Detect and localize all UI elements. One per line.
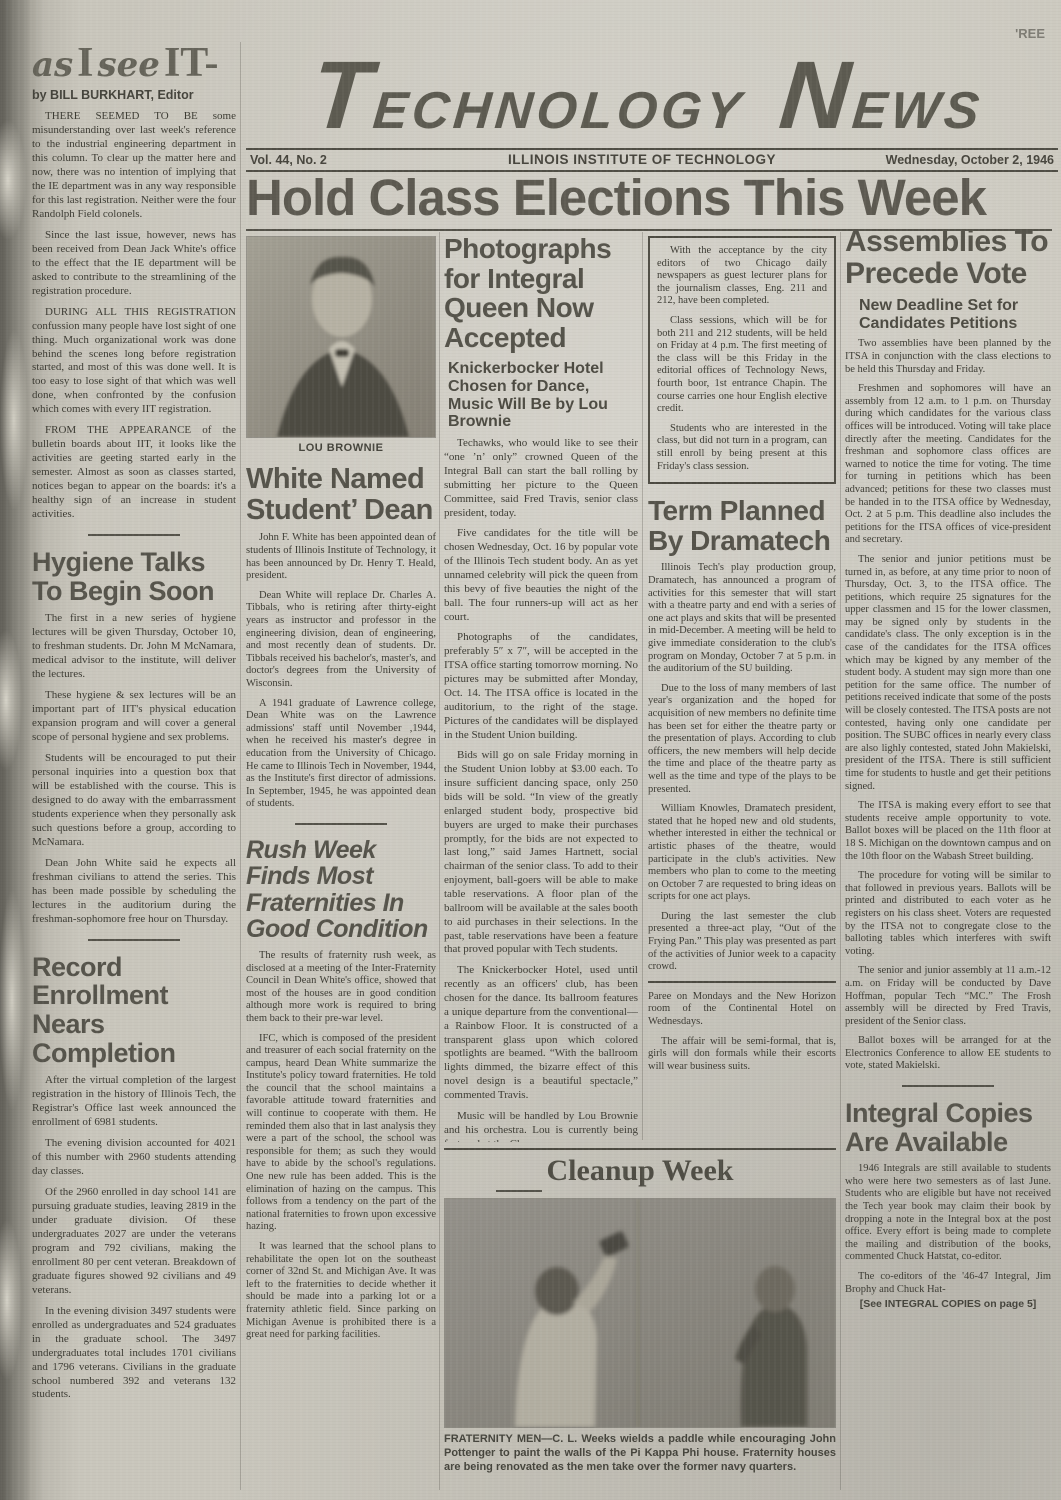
assemblies-body: Two assemblies have been planned by the …	[845, 338, 1051, 1073]
integral-queen-body: Techawks, who would like to see their “o…	[444, 437, 638, 1142]
paragraph: During the last semester the club presen…	[648, 911, 836, 974]
column-3: Photographs for Integral Queen Now Accep…	[444, 234, 638, 1142]
masthead: Technology News	[246, 50, 1050, 141]
paragraph: THERE SEEMED TO BE some misunderstanding…	[32, 110, 236, 222]
paragraph: The affair will be semi-formal, that is,…	[648, 1036, 836, 1074]
enrollment-body: After the virtual completion of the larg…	[32, 1074, 236, 1402]
assemblies-headline: Assemblies To Precede Vote	[845, 226, 1051, 290]
newspaper-title: Technology News	[242, 50, 1054, 141]
column-5: Assemblies To Precede Vote New Deadline …	[845, 226, 1051, 1492]
paragraph: Class sessions, which will be for both 2…	[657, 315, 827, 416]
paragraph: A 1941 graduate of Lawrence college, Dea…	[246, 698, 436, 811]
newspaper-page: 'REE Technology News Vol. 44, No. 2 ILLI…	[0, 0, 1061, 1500]
fraternity-men-photo	[444, 1198, 836, 1428]
lou-brownie-photo	[246, 236, 436, 438]
paragraph: DURING ALL THIS REGISTRATION confussion …	[32, 306, 236, 418]
paragraph: FROM THE APPEARANCE of the bulletin boar…	[32, 424, 236, 522]
paragraph: After the virtual completion of the larg…	[32, 1074, 236, 1130]
paragraph: Paree on Mondays and the New Horizon roo…	[648, 991, 836, 1029]
white-dean-headline: White Named Student’ Dean	[246, 464, 436, 525]
paragraph: The Knickerbocker Hotel, used until rece…	[444, 964, 638, 1103]
white-dean-body: John F. White has been appointed dean of…	[246, 532, 436, 810]
paragraph: William Knowles, Dramatech president, st…	[648, 803, 836, 904]
rush-week-headline: Rush Week Finds Most Fraternities In Goo…	[246, 837, 436, 943]
cleanup-week-section: Cleanup Week	[444, 1148, 836, 1474]
paragraph: The evening division accounted for 4021 …	[32, 1137, 236, 1179]
page-corner-fragment: 'REE	[1015, 26, 1045, 41]
paragraph: Bids will go on sale Friday morning in t…	[444, 749, 638, 957]
paragraph: Music will be handled by Lou Brownie and…	[444, 1110, 638, 1142]
volume-number: Vol. 44, No. 2	[250, 153, 450, 167]
dramatech-body: Illinois Tech's play production group, D…	[648, 562, 836, 973]
paragraph: Students who are interested in the class…	[657, 423, 827, 473]
integral-queen-continuation: Paree on Mondays and the New Horizon roo…	[648, 991, 836, 1074]
editor-column-title: as I see IT-	[32, 42, 236, 84]
column-rule	[642, 232, 643, 1140]
paragraph: Freshmen and sophomores will have an ass…	[845, 383, 1051, 547]
section-divider	[902, 1085, 994, 1087]
paragraph: Since the last issue, however, news has …	[32, 229, 236, 299]
paragraph: Illinois Tech's play production group, D…	[648, 562, 836, 675]
paragraph: It was learned that the school plans to …	[246, 1241, 436, 1342]
paragraph: Five candidates for the title will be ch…	[444, 527, 638, 624]
title-word-2: News	[776, 50, 988, 141]
editor-byline: by BILL BURKHART, Editor	[32, 88, 236, 102]
paragraph: Two assemblies have been planned by the …	[845, 338, 1051, 376]
column-2: LOU BROWNIE White Named Student’ Dean Jo…	[246, 236, 436, 1492]
torn-paper-edge	[0, 0, 30, 1500]
paragraph: IFC, which is composed of the president …	[246, 1033, 436, 1235]
title-part: as	[32, 45, 73, 85]
integral-queen-headline: Photographs for Integral Queen Now Accep…	[444, 234, 638, 353]
issue-date: Wednesday, October 2, 1946	[834, 153, 1054, 167]
story-separator-rule	[648, 981, 836, 983]
paragraph: Dean John White said he expects all fres…	[32, 857, 236, 927]
photo-caption: FRATERNITY MEN—C. L. Weeks wields a padd…	[444, 1433, 836, 1474]
integral-queen-subhead: Knickerbocker Hotel Chosen for Dance, Mu…	[448, 360, 638, 432]
integral-copies-body: 1946 Integrals are still available to st…	[845, 1163, 1051, 1296]
paragraph: Techawks, who would like to see their “o…	[444, 437, 638, 520]
institution-name: ILLINOIS INSTITUTE OF TECHNOLOGY	[508, 152, 776, 167]
paragraph: Ballot boxes will be arranged for at the…	[845, 1035, 1051, 1073]
column-rule	[240, 42, 241, 1490]
title-part: I	[77, 42, 93, 86]
editor-column-body: THERE SEEMED TO BE some misunderstanding…	[32, 110, 236, 522]
title-part: see	[98, 45, 160, 85]
paragraph: The procedure for voting will be similar…	[845, 870, 1051, 958]
column-rule	[439, 232, 440, 1490]
title-part: IT-	[164, 42, 219, 86]
photo-caption: LOU BROWNIE	[246, 442, 436, 454]
title-word-1: Technology	[308, 50, 750, 141]
assemblies-subhead: New Deadline Set for Candidates Petition…	[859, 297, 1051, 333]
integral-copies-headline: Integral Copies Are Available	[845, 1099, 1051, 1156]
paragraph: 1946 Integrals are still available to st…	[845, 1163, 1051, 1264]
section-divider	[88, 534, 180, 536]
section-divider	[88, 939, 180, 941]
paragraph: The senior and junior petitions must be …	[845, 554, 1051, 793]
editor-column: as I see IT- by BILL BURKHART, Editor TH…	[32, 42, 236, 1492]
column-4: With the acceptance by the city editors …	[648, 236, 836, 1140]
paragraph: Students will be encouraged to put their…	[32, 752, 236, 850]
paragraph: The results of fraternity rush week, as …	[246, 950, 436, 1026]
paragraph: These hygiene & sex lectures will be an …	[32, 689, 236, 745]
paragraph: The senior and junior assembly at 11 a.m…	[845, 965, 1051, 1028]
paragraph: John F. White has been appointed dean of…	[246, 532, 436, 582]
jump-line: [See INTEGRAL COPIES on page 5]	[845, 1298, 1051, 1310]
paragraph: Dean White will replace Dr. Charles A. T…	[246, 590, 436, 691]
paragraph: Photographs of the candidates, preferabl…	[444, 631, 638, 742]
hygiene-headline: Hygiene Talks To Begin Soon	[32, 548, 236, 605]
hygiene-body: The first in a new series of hygiene lec…	[32, 612, 236, 926]
paragraph: In the evening division 3497 students we…	[32, 1305, 236, 1403]
paragraph: The ITSA is making every effort to see t…	[845, 800, 1051, 863]
headline-underline	[496, 1190, 542, 1192]
cleanup-week-headline: Cleanup Week	[444, 1154, 836, 1188]
dramatech-headline: Term Planned By Dramatech	[648, 496, 836, 555]
paragraph: With the acceptance by the city editors …	[657, 245, 827, 308]
section-divider	[295, 823, 387, 825]
column-rule	[840, 232, 841, 1490]
enrollment-headline: Record Enrollment Nears Completion	[32, 953, 236, 1067]
paragraph: Of the 2960 enrolled in day school 141 a…	[32, 1186, 236, 1298]
paragraph: The co-editors of the '46-47 Integral, J…	[845, 1271, 1051, 1296]
paragraph: Due to the loss of many members of last …	[648, 683, 836, 796]
rush-week-body: The results of fraternity rush week, as …	[246, 950, 436, 1342]
journalism-class-box: With the acceptance by the city editors …	[648, 236, 836, 484]
paragraph: The first in a new series of hygiene lec…	[32, 612, 236, 682]
banner-headline: Hold Class Elections This Week	[246, 166, 1052, 231]
